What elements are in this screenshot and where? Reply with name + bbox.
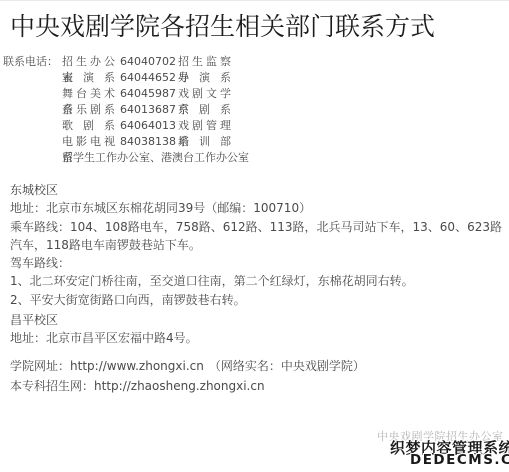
contact-row: 联系电话： 招生办公室 64040702 招生监察办 [3,54,249,70]
contact-label: 联系电话： [3,54,62,70]
dept-name: 培训部 [178,134,231,150]
dept-phone: 64040702 [115,54,178,70]
dept-phone: 64045987 [115,86,178,102]
dept-name: 导演系 [178,70,231,86]
dept-name: 音乐剧系 [62,102,115,118]
dept-name: 招生监察办 [178,54,231,70]
college-site-label: 学院网址： [10,359,70,373]
contact-label-spacer [3,150,62,166]
dept-phone: 64064013 [115,118,178,134]
drive-route-1: 1、北二环安定门桥往南，至交道口往南，第二个红绿灯，东棉花胡同右转。 [10,272,502,290]
contact-phone-section: 联系电话： 招生办公室 64040702 招生监察办 表演系 64044652 … [3,54,249,166]
dongcheng-campus-heading: 东城校区 [10,181,502,199]
dept-name: 表演系 [62,70,115,86]
changping-address: 地址：北京市昌平区宏福中路4号。 [10,329,502,347]
college-site-url[interactable]: http://www.zhongxi.cn [70,359,204,373]
dongcheng-campus-section: 东城校区 地址：北京市东城区东棉花胡同39号（邮编：100710） 乘车路线：1… [10,181,502,309]
dept-name: 戏剧文学系 [178,86,231,102]
contact-label-spacer [3,70,62,86]
admission-site-url[interactable]: http://zhaosheng.zhongxi.cn [94,379,265,393]
drive-route-heading: 驾车路线： [10,254,502,272]
page-title: 中央戏剧学院各招生相关部门联系方式 [10,10,435,44]
contact-row: 电影电视系 84038138 培训部 [3,134,249,150]
dept-name: 京剧系 [178,102,231,118]
contact-label-spacer [3,134,62,150]
dept-name: 戏剧管理系 [178,118,231,134]
dept-name: 招生办公室 [62,54,115,70]
dongcheng-address: 地址：北京市东城区东棉花胡同39号（邮编：100710） [10,199,502,217]
contact-row: 表演系 64044652 导演系 [3,70,249,86]
contact-label-spacer [3,102,62,118]
drive-route-2: 2、平安大街宽街路口向西，南锣鼓巷右转。 [10,291,502,309]
changping-campus-heading: 昌平校区 [10,311,502,329]
dept-phone: 64013687 [115,102,178,118]
admission-site-label: 本专科招生网： [10,379,94,393]
contact-label-spacer [3,86,62,102]
college-site-line: 学院网址：http://www.zhongxi.cn（网络实名：中央戏剧学院） [10,356,365,376]
dept-name: 电影电视系 [62,134,115,150]
contact-row: 舞台美术系 64045987 戏剧文学系 [3,86,249,102]
contact-label-spacer [3,118,62,134]
contact-row: 歌剧系 64064013 戏剧管理系 [3,118,249,134]
contact-row: 留学生工作办公室、港澳台工作办公室 [3,150,249,166]
contact-row: 音乐剧系 64013687 京剧系 [3,102,249,118]
changping-campus-section: 昌平校区 地址：北京市昌平区宏福中路4号。 [10,311,502,348]
dedecms-domain-watermark: DEDECMS.COM [410,452,509,468]
dongcheng-bus-route: 乘车路线：104、108路电车，758路、612路、113路，北兵马司站下车，1… [10,218,502,255]
admission-site-line: 本专科招生网：http://zhaosheng.zhongxi.cn [10,376,365,396]
page: 中央戏剧学院各招生相关部门联系方式 联系电话： 招生办公室 64040702 招… [0,0,509,472]
dept-name: 舞台美术系 [62,86,115,102]
college-site-note: （网络实名：中央戏剧学院） [209,359,365,373]
links-section: 学院网址：http://www.zhongxi.cn（网络实名：中央戏剧学院） … [10,356,365,396]
offices-line: 留学生工作办公室、港澳台工作办公室 [62,150,249,166]
dept-phone: 64044652 [115,70,178,86]
dept-name: 歌剧系 [62,118,115,134]
dept-phone: 84038138 [115,134,178,150]
